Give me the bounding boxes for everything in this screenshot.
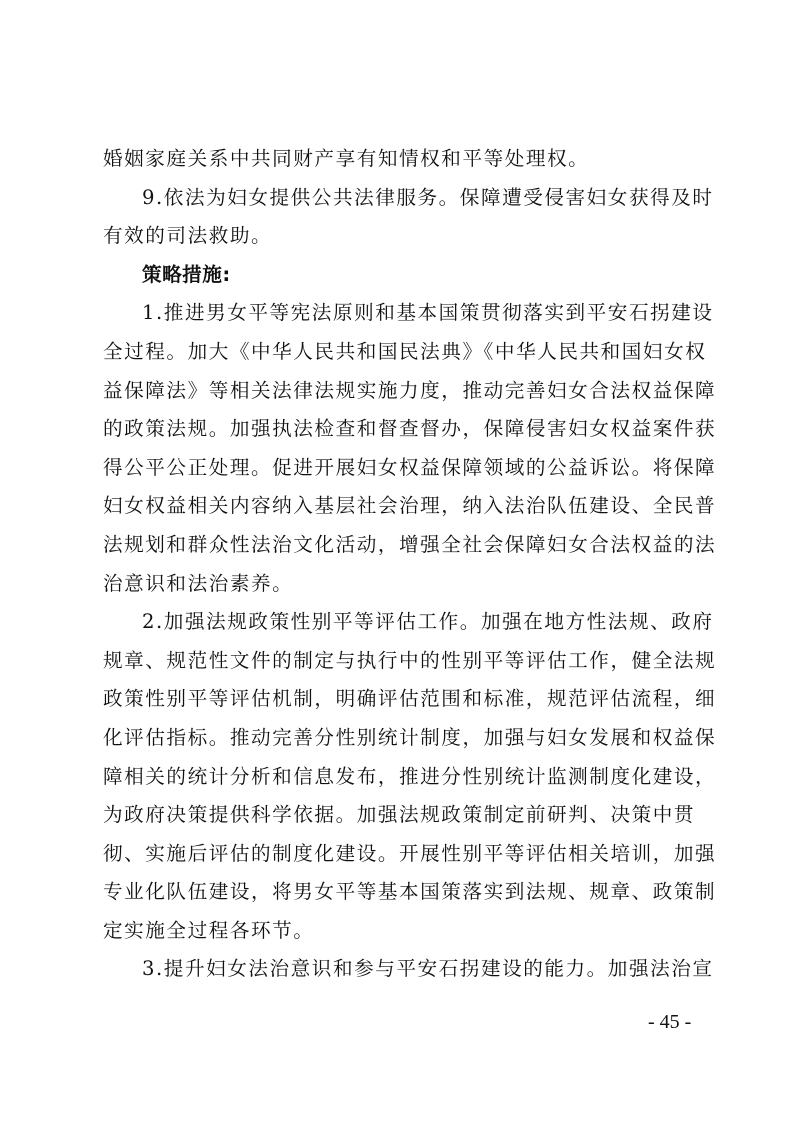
section-heading: 策略措施:	[103, 256, 693, 295]
text-line: 1.推进男女平等宪法原则和基本国策贯彻落实到平安石拐建设	[103, 294, 693, 333]
text-line: 有效的司法救助。	[103, 217, 693, 256]
body-text: 婚姻家庭关系中共同财产享有知情权和平等处理权。 9.依法为妇女提供公共法律服务。…	[103, 140, 693, 989]
text-line: 定实施全过程各环节。	[103, 912, 693, 951]
text-line: 专业化队伍建设，将男女平等基本国策落实到法规、规章、政策制	[103, 873, 693, 912]
text-line: 得公平公正处理。促进开展妇女权益保障领域的公益诉讼。将保障	[103, 449, 693, 488]
text-line: 规章、规范性文件的制定与执行中的性别平等评估工作，健全法规	[103, 642, 693, 681]
text-line: 3.提升妇女法治意识和参与平安石拐建设的能力。加强法治宣	[103, 950, 693, 989]
text-line: 为政府决策提供科学依据。加强法规政策制定前研判、决策中贯	[103, 796, 693, 835]
text-line: 全过程。加大《中华人民共和国民法典》《中华人民共和国妇女权	[103, 333, 693, 372]
text-line: 政策性别平等评估机制，明确评估范围和标准，规范评估流程，细	[103, 680, 693, 719]
text-line: 益保障法》等相关法律法规实施力度，推动完善妇女合法权益保障	[103, 372, 693, 411]
text-line: 治意识和法治素养。	[103, 565, 693, 604]
text-line: 婚姻家庭关系中共同财产享有知情权和平等处理权。	[103, 140, 693, 179]
text-line: 妇女权益相关内容纳入基层社会治理，纳入法治队伍建设、全民普	[103, 487, 693, 526]
text-line: 化评估指标。推动完善分性别统计制度，加强与妇女发展和权益保	[103, 719, 693, 758]
text-line: 法规划和群众性法治文化活动，增强全社会保障妇女合法权益的法	[103, 526, 693, 565]
text-line: 彻、实施后评估的制度化建设。开展性别平等评估相关培训，加强	[103, 835, 693, 874]
page-number: - 45 -	[648, 1011, 691, 1034]
text-line: 2.加强法规政策性别平等评估工作。加强在地方性法规、政府	[103, 603, 693, 642]
text-line: 9.依法为妇女提供公共法律服务。保障遭受侵害妇女获得及时	[103, 179, 693, 218]
text-line: 障相关的统计分析和信息发布，推进分性别统计监测制度化建设，	[103, 758, 693, 797]
text-line: 的政策法规。加强执法检查和督查督办，保障侵害妇女权益案件获	[103, 410, 693, 449]
document-page: 婚姻家庭关系中共同财产享有知情权和平等处理权。 9.依法为妇女提供公共法律服务。…	[0, 0, 794, 1122]
